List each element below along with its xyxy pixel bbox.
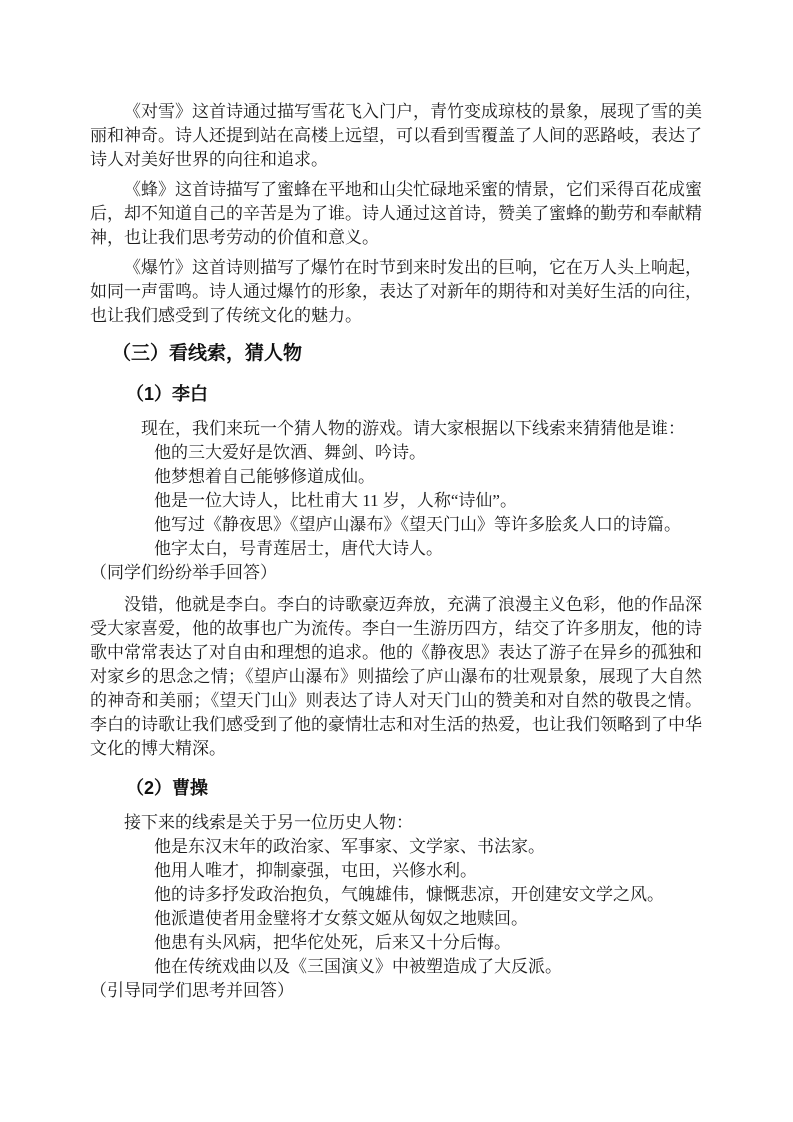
clue-list-caocao: 他是东汉末年的政治家、军事家、文学家、书法家。 他用人唯才，抑制豪强，屯田，兴修… <box>90 835 702 979</box>
aside-note-students-answer: （同学们纷纷举手回答） <box>90 561 702 585</box>
subsection-heading-caocao: （2）曹操 <box>90 776 702 801</box>
answer-paragraph-libai: 没错，他就是李白。李白的诗歌豪迈奔放，充满了浪漫主义色彩，他的作品深受大家喜爱，… <box>90 593 702 761</box>
clue-line: 他字太白，号青莲居士，唐代大诗人。 <box>90 537 702 561</box>
section-heading-guess-character: （三）看线索，猜人物 <box>90 340 702 367</box>
clue-line: 他在传统戏曲以及《三国演义》中被塑造成了大反派。 <box>90 955 702 979</box>
clue-line: 他的诗多抒发政治抱负，气魄雄伟，慷慨悲凉，开创建安文学之风。 <box>90 883 702 907</box>
subsection-heading-libai: （1）李白 <box>90 382 702 407</box>
poem-summary-paragraph-feng: 《蜂》这首诗描写了蜜蜂在平地和山尖忙碌地采蜜的情景，它们采得百花成蜜后，却不知道… <box>90 178 702 250</box>
clue-line: 他写过《静夜思》《望庐山瀑布》《望天门山》等许多脍炙人口的诗篇。 <box>90 513 702 537</box>
clue-line: 他派遣使者用金璧将才女蔡文姬从匈奴之地赎回。 <box>90 907 702 931</box>
clue-line: 他患有头风病，把华佗处死，后来又十分后悔。 <box>90 931 702 955</box>
aside-note-guide-students: （引导同学们思考并回答） <box>90 979 702 1003</box>
clue-line: 他梦想着自己能够修道成仙。 <box>90 465 702 489</box>
clue-list-libai: 他的三大爱好是饮酒、舞剑、吟诗。 他梦想着自己能够修道成仙。 他是一位大诗人，比… <box>90 441 702 561</box>
document-page: 《对雪》这首诗通过描写雪花飞入门户，青竹变成琼枝的景象，展现了雪的美丽和神奇。诗… <box>0 0 793 1122</box>
clue-line: 他的三大爱好是饮酒、舞剑、吟诗。 <box>90 441 702 465</box>
game-intro-caocao: 接下来的线索是关于另一位历史人物： <box>90 811 702 835</box>
poem-summary-paragraph-duixue: 《对雪》这首诗通过描写雪花飞入门户，青竹变成琼枝的景象，展现了雪的美丽和神奇。诗… <box>90 100 702 172</box>
clue-line: 他是一位大诗人，比杜甫大 11 岁，人称“诗仙”。 <box>90 489 702 513</box>
poem-summary-paragraph-baozhu: 《爆竹》这首诗则描写了爆竹在时节到来时发出的巨响，它在万人头上响起，如同一声雷鸣… <box>90 256 702 328</box>
clue-line: 他是东汉末年的政治家、军事家、文学家、书法家。 <box>90 835 702 859</box>
clue-line: 他用人唯才，抑制豪强，屯田，兴修水利。 <box>90 859 702 883</box>
game-intro-libai: 现在，我们来玩一个猜人物的游戏。请大家根据以下线索来猜猜他是谁： <box>90 417 702 441</box>
